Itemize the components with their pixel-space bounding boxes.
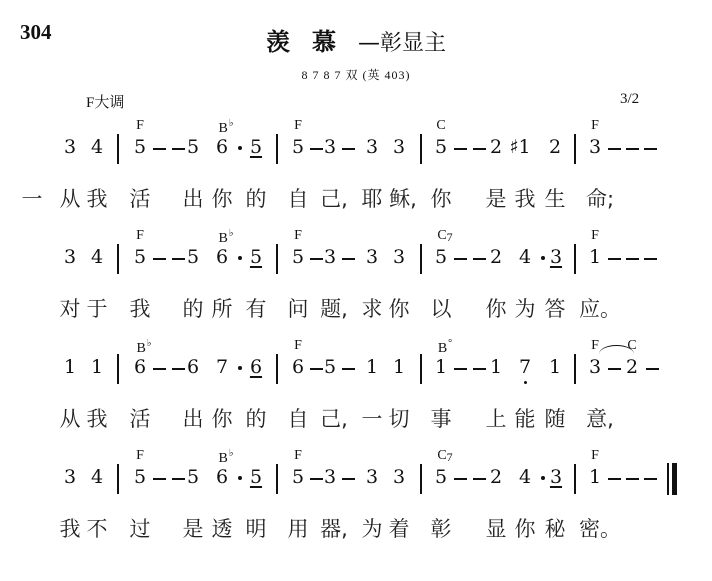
lyric-syllable: 明 [246,519,267,540]
lyric-syllable: 我 [60,519,81,540]
lyric-syllable: 求 [362,299,383,320]
lyric-syllable: 密。 [579,519,621,540]
note: 5 [250,248,262,267]
chord-root: F [136,228,144,243]
note: 5 [435,138,447,157]
note: 1 [549,358,561,377]
lyric-syllable: 你 [212,189,233,210]
lyric-syllable: 的 [183,299,204,320]
lyric-syllable: 的 [246,409,267,430]
note: 2 [549,138,561,157]
note: ♯1 [509,138,530,157]
extension-dash [454,478,467,480]
note: 5 [250,468,262,487]
barline [420,134,422,164]
lyric-syllable: 彰 [431,519,452,540]
barline [574,244,576,274]
dotted-rhythm-dot [238,476,242,480]
extension-dash [342,148,355,150]
chord-symbol: F [136,229,144,243]
chord-accidental: ♭ [147,338,152,349]
extension-dash [608,258,621,260]
note: 3 [366,138,378,157]
note: 4 [519,248,531,267]
music-system: 345F56B♭55F3335C72431F我不过是透明用器,为着彰显你秘密。 [0,440,712,550]
lyric-syllable: 应。 [579,299,621,320]
barline [117,134,119,164]
note: 5 [292,468,304,487]
note: 5 [134,138,146,157]
lyric-syllable: 上 [486,409,507,430]
extension-dash [153,258,166,260]
music-system: 345F56B♭55F3335C72431F对于我的所有问题,求你以你为答应。 [0,220,712,330]
note: 1 [435,358,447,377]
chord-root: F [591,228,599,243]
note: 3 [366,468,378,487]
lyric-syllable: 出 [183,409,204,430]
lyric-syllable: 一 [22,189,43,210]
barline [420,354,422,384]
lyric-syllable: 己, [320,409,348,430]
note: 4 [91,248,103,267]
lyric-syllable: 问 [288,299,309,320]
note: 5 [435,248,447,267]
extension-dash [172,148,185,150]
lyric-syllable: 自 [288,409,309,430]
lyric-syllable: 随 [545,409,566,430]
extension-dash [608,148,621,150]
extension-dash [608,478,621,480]
title-subtitle: 彰显主 [380,31,446,56]
note: 5 [292,138,304,157]
lyric-syllable: 意, [586,409,614,430]
chord-accidental: ♭ [229,118,234,129]
barline [420,464,422,494]
note: 3 [64,138,76,157]
barline [276,134,278,164]
note: 6 [216,248,228,267]
dotted-rhythm-dot [541,476,545,480]
lyric-syllable: 你 [212,409,233,430]
lyric-syllable: 事 [431,409,452,430]
extension-dash [473,148,486,150]
note: 5 [187,248,199,267]
lyric-syllable: 是 [183,519,204,540]
chord-root: B [438,341,447,356]
lyric-syllable: 出 [183,189,204,210]
lyric-syllable: 器, [320,519,348,540]
note: 5 [292,248,304,267]
chord-symbol: F [136,119,144,133]
lyric-syllable: 活 [130,189,151,210]
chord-root: C [436,118,445,133]
chord-root: F [294,448,302,463]
extension-dash [310,258,323,260]
barline [276,244,278,274]
note: 6 [187,358,199,377]
note: 7 [519,358,531,377]
note: 6 [292,358,304,377]
note: 3 [64,468,76,487]
note: 5 [435,468,447,487]
note: 5 [187,468,199,487]
note: 5 [187,138,199,157]
lyric-syllable: 所 [212,299,233,320]
note: 3 [324,138,336,157]
chord-accidental: ° [448,338,452,349]
extension-dash [342,258,355,260]
chord-root: F [591,448,599,463]
note: 4 [91,468,103,487]
extension-dash [608,368,621,370]
lyric-syllable: 为 [515,299,536,320]
dotted-rhythm-dot [238,146,242,150]
chord-symbol: F [591,339,599,353]
chord-root: F [136,448,144,463]
title-main: 羡慕 [266,28,358,56]
lyric-syllable: 自 [288,189,309,210]
note: 6 [216,138,228,157]
note: 3 [366,248,378,267]
lyric-syllable: 答 [545,299,566,320]
low-octave-dot [524,381,527,384]
title-separator: — [358,31,380,56]
note: 1 [490,358,502,377]
lyric-syllable: 己, [320,189,348,210]
lyric-syllable: 你 [515,519,536,540]
extension-dash [646,368,659,370]
chord-root: B [218,231,227,246]
key-signature: F大调 [86,91,124,112]
lyric-syllable: 一 [362,409,383,430]
chord-symbol: C [436,119,445,133]
chord-root: F [294,118,302,133]
final-barline-thin [667,463,669,495]
lyric-syllable: 命; [586,189,614,210]
time-signature: 3/2 [620,91,639,108]
extension-dash [454,148,467,150]
lyric-syllable: 以 [431,299,452,320]
lyric-syllable: 我 [130,299,151,320]
lyric-syllable: 的 [246,189,267,210]
meter-line: 8 7 8 7 双 (英 403) [0,66,712,83]
extension-dash [310,478,323,480]
chord-symbol: B♭ [136,339,151,356]
note: 3 [393,138,405,157]
note: 7 [216,358,228,377]
dotted-rhythm-dot [238,366,242,370]
note: 6 [250,358,262,377]
chord-symbol: C7 [437,449,452,463]
extension-dash [473,368,486,370]
extension-dash [342,478,355,480]
lyric-syllable: 切 [389,409,410,430]
extension-dash [172,478,185,480]
note: 3 [324,248,336,267]
note: 4 [519,468,531,487]
chord-symbol: B♭ [218,229,233,246]
dotted-rhythm-dot [541,256,545,260]
chord-root: C [437,448,446,463]
extension-dash [153,368,166,370]
lyric-syllable: 你 [486,299,507,320]
chord-root: B [218,121,227,136]
barline [117,464,119,494]
chord-symbol: F [591,119,599,133]
chord-symbol: F [294,119,302,133]
note: 1 [393,358,405,377]
lyric-syllable: 不 [87,519,108,540]
extension-dash [342,368,355,370]
lyric-syllable: 过 [130,519,151,540]
note: 1 [589,468,601,487]
note: 3 [550,468,562,487]
note: 1 [64,358,76,377]
hymn-title: 羡慕—彰显主 [0,22,712,57]
lyric-syllable: 是 [486,189,507,210]
barline [574,354,576,384]
note: 4 [91,138,103,157]
chord-symbol: F [591,449,599,463]
lyric-syllable: 透 [212,519,233,540]
chord-root: F [591,338,599,353]
note: 1 [589,248,601,267]
note: 2 [490,248,502,267]
extension-dash [644,258,657,260]
note: 5 [250,138,262,157]
note: 2 [490,138,502,157]
lyric-syllable: 用 [288,519,309,540]
barline [276,464,278,494]
extension-dash [473,258,486,260]
lyric-syllable: 你 [389,299,410,320]
extension-dash [172,258,185,260]
chord-accidental: ♭ [229,228,234,239]
chord-root: B [218,451,227,466]
extension-dash [454,258,467,260]
chord-root: F [136,118,144,133]
chord-root: B [136,341,145,356]
note: 3 [393,248,405,267]
chord-symbol: C7 [437,229,452,243]
note: 3 [393,468,405,487]
chord-root: F [591,118,599,133]
note: 1 [366,358,378,377]
lyric-syllable: 我 [515,189,536,210]
note: 3 [589,138,601,157]
chord-extension: 7 [447,230,453,244]
barline [420,244,422,274]
chord-symbol: B° [438,339,452,356]
barline [117,244,119,274]
note: 3 [589,358,601,377]
extension-dash [153,148,166,150]
chord-root: C [437,228,446,243]
extension-dash [172,368,185,370]
music-system: 116B♭6766F5111B°1713F2C从我活出你的自己,一切事上能随意, [0,330,712,440]
lyric-syllable: 你 [431,189,452,210]
barline [574,464,576,494]
note: 6 [134,358,146,377]
lyric-syllable: 我 [87,409,108,430]
barline [117,354,119,384]
lyric-syllable: 活 [130,409,151,430]
chord-symbol: F [294,449,302,463]
music-system: 345F56B♭55F3335C2♯123F一从我活出你的自己,耶稣,你是我生命… [0,110,712,220]
barline [574,134,576,164]
lyric-syllable: 生 [545,189,566,210]
note: 5 [134,468,146,487]
lyric-syllable: 题, [320,299,348,320]
chord-root: F [294,338,302,353]
chord-symbol: B♭ [218,119,233,136]
chord-symbol: F [136,449,144,463]
lyric-syllable: 从 [60,409,81,430]
barline [276,354,278,384]
note: 2 [626,358,638,377]
extension-dash [644,148,657,150]
lyric-syllable: 耶 [362,189,383,210]
final-barline-thick [672,463,677,495]
dotted-rhythm-dot [238,256,242,260]
lyric-syllable: 能 [515,409,536,430]
note: 1 [91,358,103,377]
lyric-syllable: 从 [60,189,81,210]
lyric-syllable: 有 [246,299,267,320]
chord-root: F [294,228,302,243]
extension-dash [153,478,166,480]
chord-symbol: F [294,229,302,243]
chord-symbol: B♭ [218,449,233,466]
chord-extension: 7 [447,450,453,464]
lyric-syllable: 显 [486,519,507,540]
lyric-syllable: 为 [362,519,383,540]
lyric-syllable: 我 [87,189,108,210]
lyric-syllable: 对 [60,299,81,320]
extension-dash [626,258,639,260]
extension-dash [644,478,657,480]
note: 5 [134,248,146,267]
extension-dash [310,148,323,150]
extension-dash [310,368,323,370]
lyric-syllable: 于 [87,299,108,320]
note: 2 [490,468,502,487]
lyric-syllable: 稣, [389,189,417,210]
note: 6 [216,468,228,487]
note: 3 [550,248,562,267]
chord-symbol: F [294,339,302,353]
lyric-syllable: 着 [389,519,410,540]
extension-dash [626,148,639,150]
note: 5 [324,358,336,377]
chord-symbol: F [591,229,599,243]
note: 3 [324,468,336,487]
lyric-syllable: 秘 [545,519,566,540]
extension-dash [454,368,467,370]
note: 3 [64,248,76,267]
extension-dash [473,478,486,480]
extension-dash [626,478,639,480]
chord-accidental: ♭ [229,448,234,459]
